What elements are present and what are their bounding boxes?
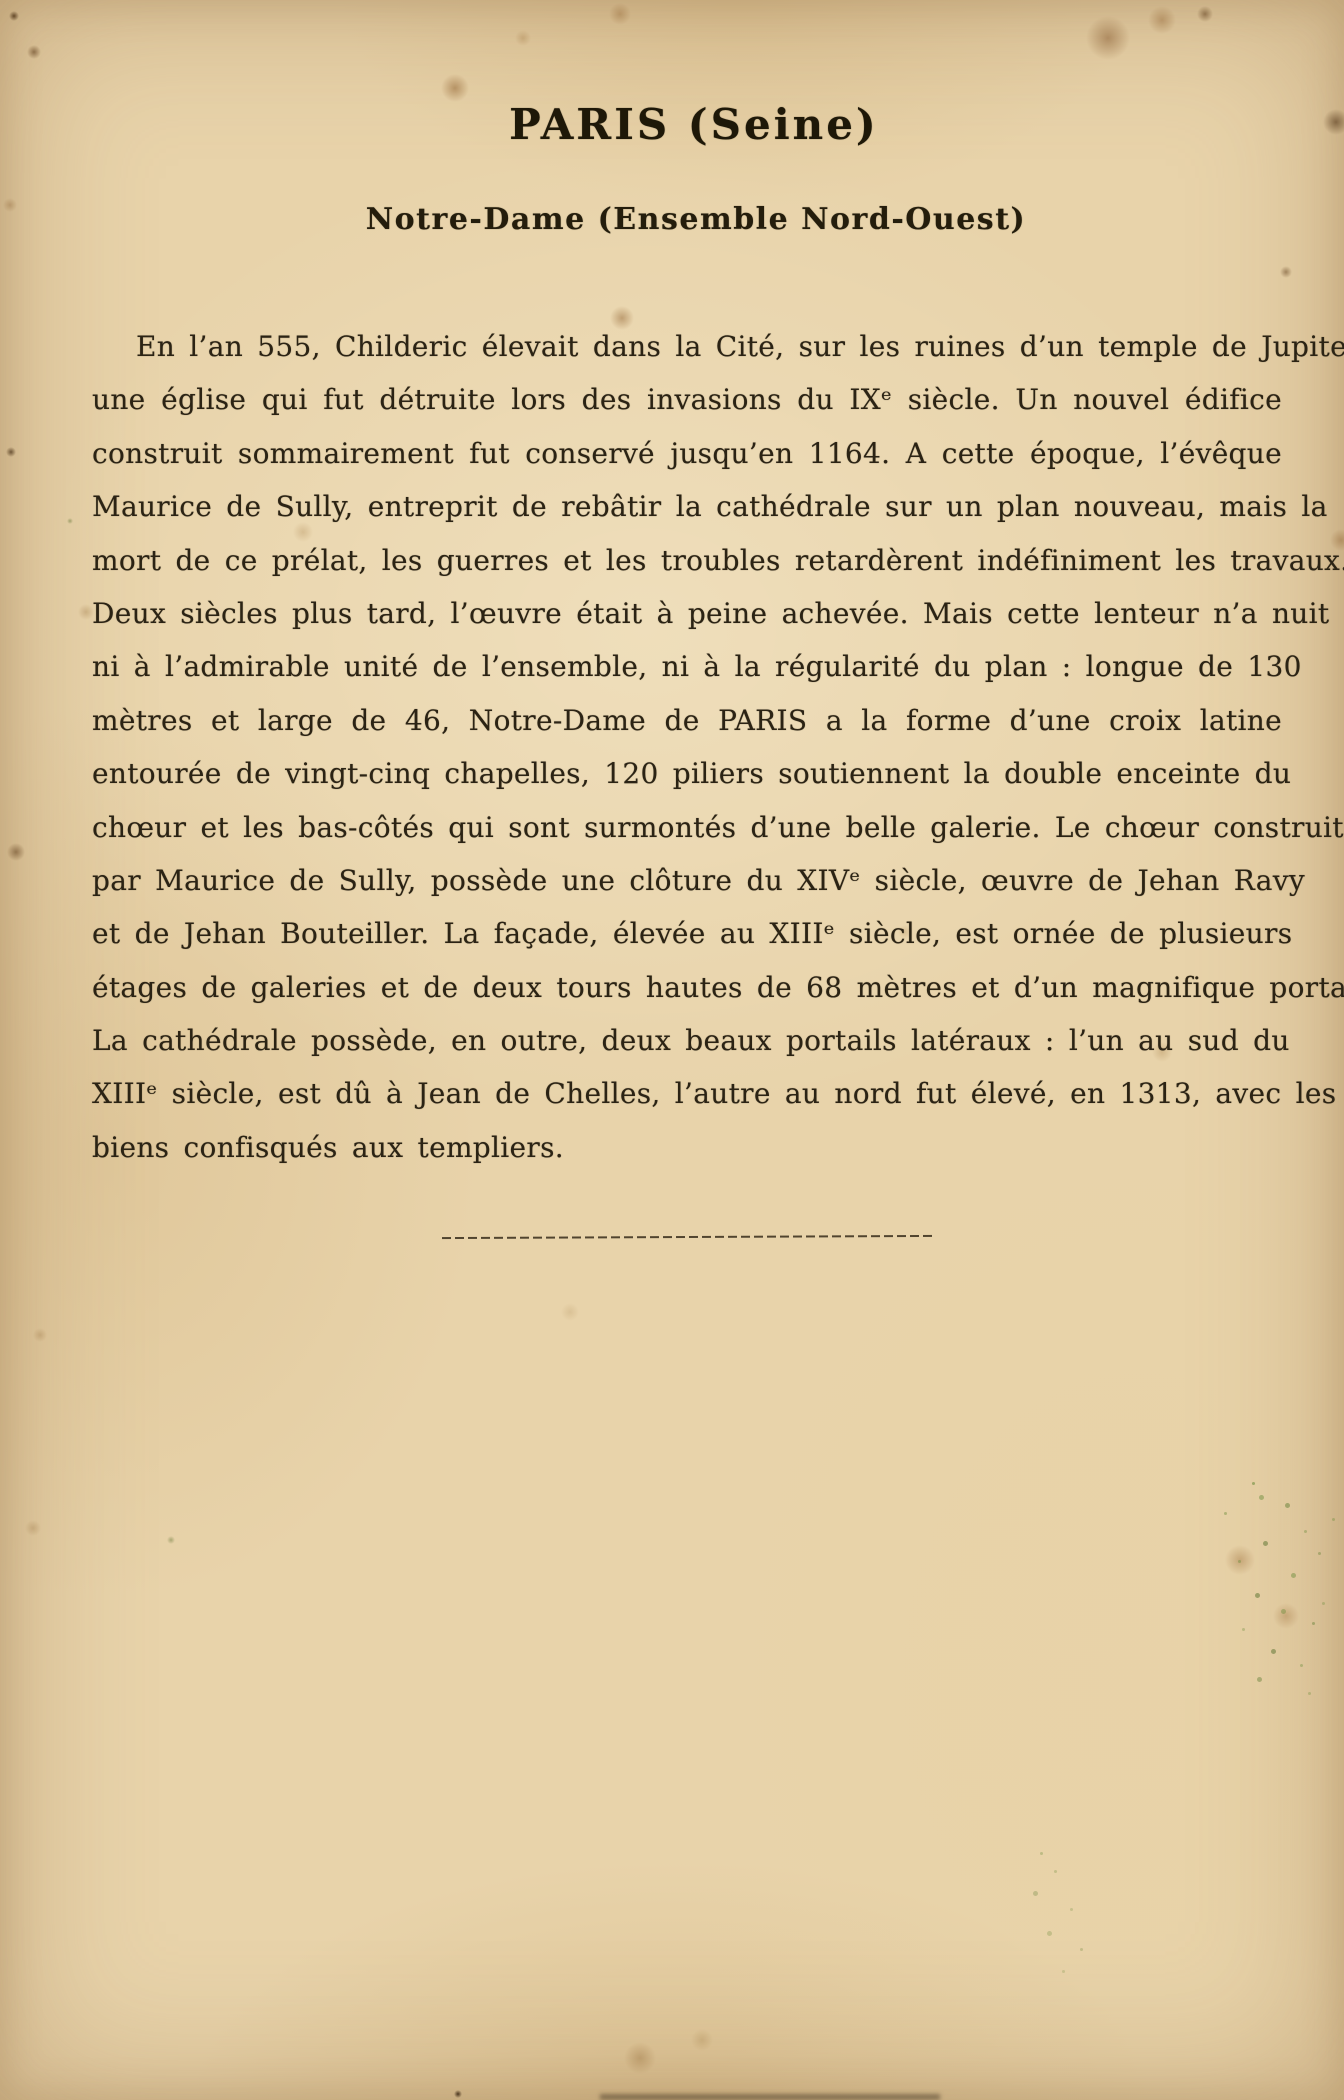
paragraph-line: construit sommairement fut conservé jusq… [92, 427, 1282, 480]
paragraph-line: Maurice de Sully, entreprit de rebâtir l… [92, 480, 1282, 533]
page-title: PARIS (Seine) [22, 100, 1344, 149]
dashed-separator-rule [442, 1235, 934, 1239]
page-subtitle: Notre-Dame (Ensemble Nord-Ouest) [24, 202, 1344, 237]
paragraph-line: ni à l’admirable unité de l’ensemble, ni… [92, 640, 1282, 693]
paragraph-line: entourée de vingt-cinq chapelles, 120 pi… [92, 747, 1282, 800]
scanned-page: PARIS (Seine) Notre-Dame (Ensemble Nord-… [0, 0, 1344, 2100]
paragraph-line: et de Jehan Bouteiller. La façade, élevé… [92, 907, 1282, 960]
paragraph-line: La cathédrale possède, en outre, deux be… [92, 1014, 1282, 1067]
paragraph-line: une église qui fut détruite lors des inv… [92, 373, 1282, 426]
paragraph-line: chœur et les bas-côtés qui sont surmonté… [92, 801, 1282, 854]
paragraph-line: par Maurice de Sully, possède une clôtur… [92, 854, 1282, 907]
paragraph-line: Deux siècles plus tard, l’œuvre était à … [92, 587, 1282, 640]
body-paragraph: En l’an 555, Childeric élevait dans la C… [92, 320, 1282, 1174]
paragraph-line: étages de galeries et de deux tours haut… [92, 961, 1282, 1014]
paragraph-line: En l’an 555, Childeric élevait dans la C… [92, 320, 1282, 373]
paragraph-line: XIIIᵉ siècle, est dû à Jean de Chelles, … [92, 1067, 1282, 1120]
paragraph-line: biens confisqués aux templiers. [92, 1121, 1282, 1174]
paragraph-line: mort de ce prélat, les guerres et les tr… [92, 534, 1282, 587]
paragraph-line: mètres et large de 46, Notre-Dame de PAR… [92, 694, 1282, 747]
